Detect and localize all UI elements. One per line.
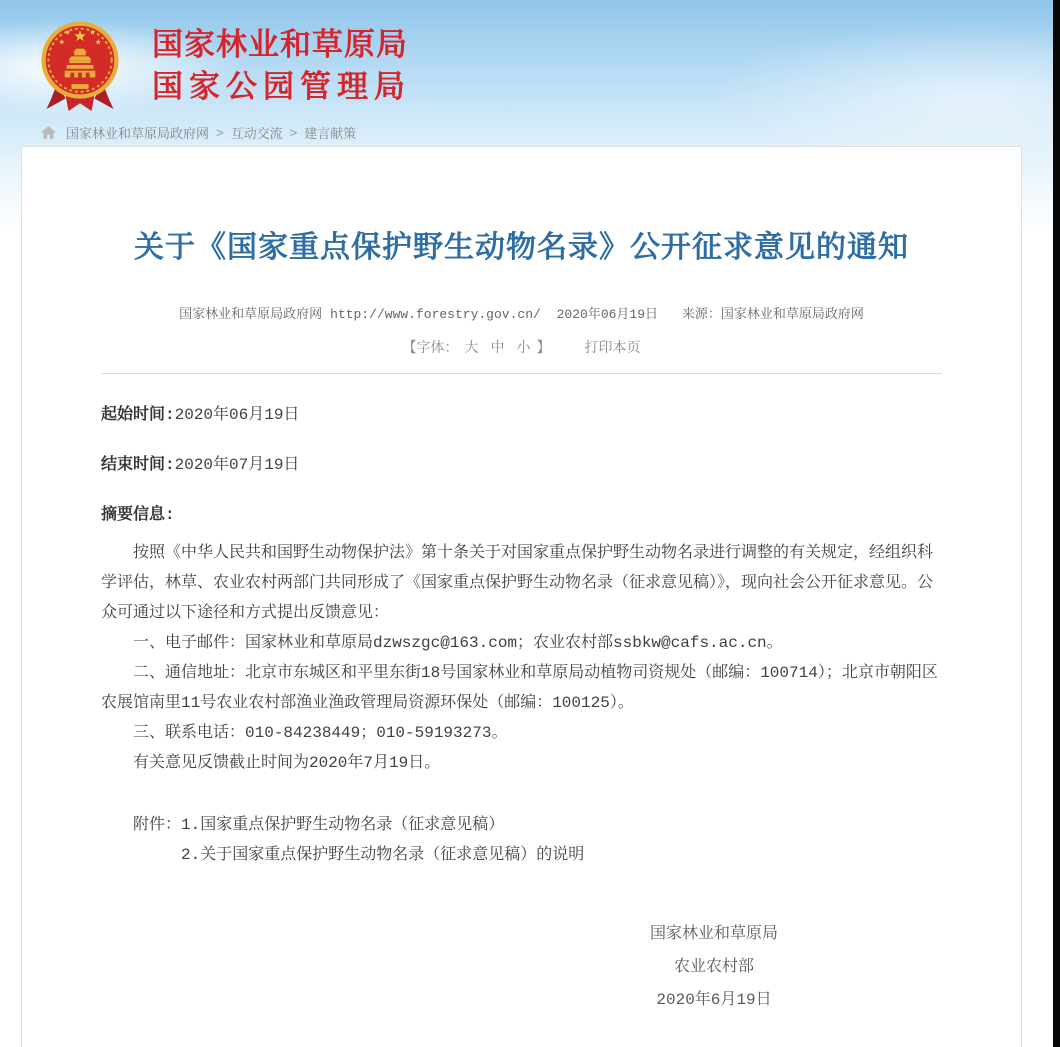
meta-site-url: http://www.forestry.gov.cn/: [330, 307, 541, 322]
paragraph-mail-address: 二、通信地址：北京市东城区和平里东街18号国家林业和草原局动植物司资规处（邮编：…: [101, 658, 942, 718]
home-icon[interactable]: [40, 125, 57, 140]
article-body: 起始时间:2020年06月19日 结束时间:2020年07月19日 摘要信息: …: [101, 400, 942, 1017]
org-name-line2: 国家公园管理局: [152, 66, 411, 108]
end-time-value: 2020年07月19日: [175, 456, 300, 474]
signature-date: 2020年6月19日: [594, 984, 834, 1017]
right-edge-strip: [1053, 0, 1060, 1047]
print-page-button[interactable]: 打印本页: [585, 339, 641, 355]
breadcrumb-separator: >: [290, 125, 298, 140]
breadcrumb-item-suggestions[interactable]: 建言献策: [304, 123, 356, 142]
attachments-section: 附件：1.国家重点保护野生动物名录（征求意见稿） 2.关于国家重点保护野生动物名…: [101, 810, 942, 870]
paragraph-deadline: 有关意见反馈截止时间为2020年7月19日。: [101, 748, 942, 778]
org-name-line1: 国家林业和草原局: [152, 24, 411, 66]
meta-source: 来源：国家林业和草原局政府网: [682, 307, 864, 322]
font-size-label-open: 【字体：: [403, 339, 459, 355]
font-size-medium-button[interactable]: 中: [491, 339, 505, 355]
article-content-box: 关于《国家重点保护野生动物名录》公开征求意见的通知 国家林业和草原局政府网htt…: [21, 146, 1022, 1047]
national-emblem-icon: [34, 16, 126, 117]
breadcrumb-separator: >: [216, 125, 224, 140]
signature-block: 国家林业和草原局 农业农村部 2020年6月19日: [594, 918, 834, 1017]
site-org-names: 国家林业和草原局 国家公园管理局: [152, 16, 411, 108]
start-time-field: 起始时间:2020年06月19日: [101, 400, 942, 430]
article-toolbar: 【字体：大中小】打印本页: [101, 337, 942, 357]
font-size-label-close: 】: [537, 339, 551, 355]
signature-org-2: 农业农村部: [594, 951, 834, 984]
signature-org-1: 国家林业和草原局: [594, 918, 834, 951]
end-time-field: 结束时间:2020年07月19日: [101, 450, 942, 480]
breadcrumb: 国家林业和草原局政府网 > 互动交流 > 建言献策: [40, 118, 1060, 146]
paragraph-intro: 按照《中华人民共和国野生动物保护法》第十条关于对国家重点保护野生动物名录进行调整…: [101, 538, 942, 628]
start-time-label: 起始时间:: [101, 406, 175, 424]
breadcrumb-item-interaction[interactable]: 互动交流: [231, 123, 283, 142]
page-title: 关于《国家重点保护野生动物名录》公开征求意见的通知: [101, 229, 942, 267]
paragraph-email-channel: 一、电子邮件：国家林业和草原局dzwszgc@163.com；农业农村部ssbk…: [101, 628, 942, 658]
meta-publish-date: 2020年06月19日: [557, 307, 658, 322]
title-body-divider: [101, 373, 942, 374]
breadcrumb-item-site[interactable]: 国家林业和草原局政府网: [66, 123, 209, 142]
attachment-item-1[interactable]: 1.国家重点保护野生动物名录（征求意见稿）: [181, 816, 504, 834]
attachment-item-2[interactable]: 2.关于国家重点保护野生动物名录（征求意见稿）的说明: [181, 840, 942, 870]
meta-site-name: 国家林业和草原局政府网: [179, 307, 322, 322]
site-header-banner[interactable]: 国家林业和草原局 国家公园管理局: [0, 0, 1060, 112]
end-time-label: 结束时间:: [101, 456, 175, 474]
article-meta-line: 国家林业和草原局政府网http://www.forestry.gov.cn/ 2…: [101, 303, 942, 322]
summary-section-label: 摘要信息:: [101, 500, 942, 530]
attachments-label: 附件：: [133, 816, 181, 834]
attachment-line-1: 附件：1.国家重点保护野生动物名录（征求意见稿）: [101, 810, 942, 840]
start-time-value: 2020年06月19日: [175, 406, 300, 424]
font-size-small-button[interactable]: 小: [517, 339, 531, 355]
font-size-large-button[interactable]: 大: [465, 339, 479, 355]
paragraph-phone: 三、联系电话：010-84238449；010-59193273。: [101, 718, 942, 748]
